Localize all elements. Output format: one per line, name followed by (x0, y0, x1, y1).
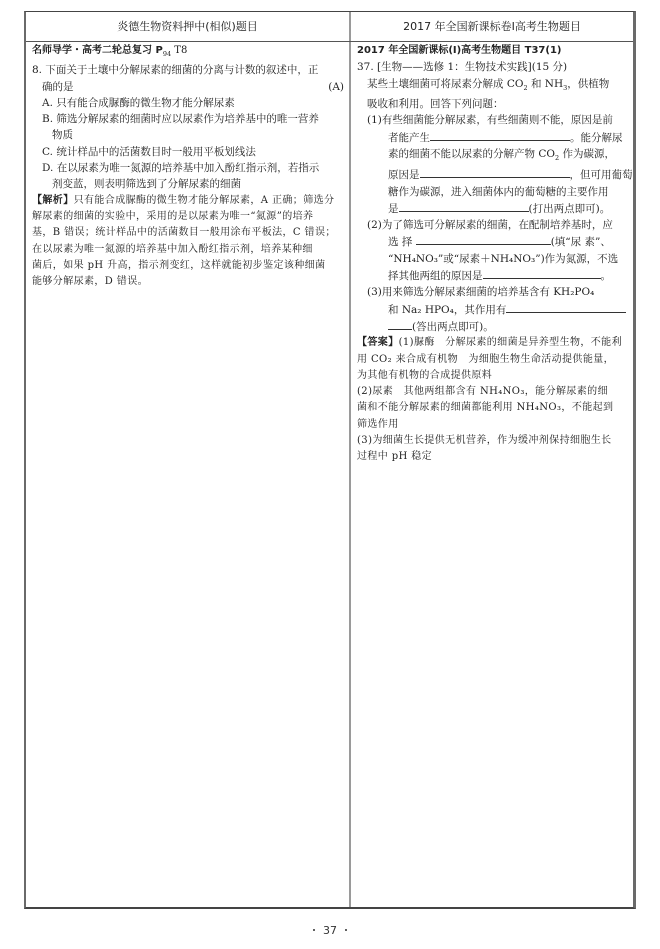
analysis: 【解析】只有能合成脲酶的微生物才能分解尿素，A 正确；筛选分 解尿素的细菌的实验… (32, 193, 344, 291)
part1-line1: (1)有些细菌能分解尿素，有些细菌则不能，原因是前 (357, 112, 633, 128)
table-header: 炎德生物资料押中(相似)题目 2017 年全国新课标卷Ⅰ高考生物题目 (26, 12, 633, 42)
answer-section: 【答案】(1)脲酶 分解尿素的细菌是异养型生物，不能利 用 CO₂ 来合成有机物… (357, 335, 633, 465)
option-b: B. 筛选分解尿素的细菌时应以尿素作为培养基中的唯一营养 (32, 111, 344, 127)
question-stem-line1: 8. 下面关于土壤中分解尿素的细菌的分离与计数的叙述中，正 (32, 62, 344, 78)
part2-line2: 选 择 (填“尿 素”、 (357, 233, 633, 250)
part3-line1: (3)用来筛选分解尿素细菌的培养基含有 KH₂PO₄ (357, 284, 633, 300)
question-title: 37. [生物——选修 1：生物技术实践](15 分) (357, 59, 633, 75)
part3-line3: (答出两点即可)。 (357, 318, 633, 335)
part1-line4: 原因是，但可用葡萄 (357, 166, 633, 183)
answer-blank[interactable] (506, 301, 626, 313)
question-stem-line2: 确的是 (A) (32, 79, 344, 95)
page-number: ・ 37 ・ (0, 922, 660, 938)
answer-blank[interactable] (399, 200, 529, 212)
right-source: 2017 年全国新课标(Ⅰ)高考生物题目 T37(1) (357, 43, 633, 59)
stem-line1: 某些土壤细菌可将尿素分解成 CO2 和 NH3，供植物 (357, 76, 633, 96)
left-column: 名师导学・高考二轮总复习 P94 T8 8. 下面关于土壤中分解尿素的细菌的分离… (32, 43, 344, 290)
part2-line1: (2)为了筛选可分解尿素的细菌，在配制培养基时，应 (357, 217, 633, 233)
question-answer: (A) (328, 79, 344, 95)
left-column-title: 炎德生物资料押中(相似)题目 (26, 12, 349, 41)
option-b-cont: 物质 (32, 127, 344, 143)
answer-blank[interactable] (483, 267, 601, 279)
part1-line5: 糖作为碳源，进入细菌体内的葡萄糖的主要作用 (357, 184, 633, 200)
comparison-table: 炎德生物资料押中(相似)题目 2017 年全国新课标卷Ⅰ高考生物题目 名师导学・… (24, 11, 636, 909)
right-column: 2017 年全国新课标(Ⅰ)高考生物题目 T37(1) 37. [生物——选修 … (357, 43, 633, 466)
part1-line3: 素的细菌不能以尿素的分解产物 CO2 作为碳源， (357, 146, 633, 166)
right-column-title: 2017 年全国新课标卷Ⅰ高考生物题目 (351, 12, 633, 41)
part2-line4: 择其他两组的原因是。 (357, 267, 633, 284)
part1-line2: 者能产生。能分解尿 (357, 129, 633, 146)
part3-line2: 和 Na₂ HPO₄，其作用有 (357, 301, 633, 318)
option-a: A. 只有能合成脲酶的微生物才能分解尿素 (32, 95, 344, 111)
answer-blank[interactable] (388, 318, 412, 330)
stem-line2: 吸收和利用。回答下列问题： (357, 96, 633, 112)
answer-blank[interactable] (416, 233, 551, 245)
answer-blank[interactable] (430, 129, 570, 141)
part1-line6: 是(打出两点即可)。 (357, 200, 633, 217)
option-d: D. 在以尿素为唯一氮源的培养基中加入酚红指示剂，若指示 (32, 160, 344, 176)
analysis-label: 【解析】 (32, 195, 74, 206)
part2-line3: “NH₄NO₃”或“尿素＋NH₄NO₃”)作为氮源，不选 (357, 251, 633, 267)
answer-blank[interactable] (420, 166, 570, 178)
option-c: C. 统计样品中的活菌数目时一般用平板划线法 (32, 144, 344, 160)
option-d-cont: 剂变蓝，则表明筛选到了分解尿素的细菌 (32, 176, 344, 192)
column-divider (349, 12, 351, 907)
answer-label: 【答案】 (357, 337, 399, 348)
left-source: 名师导学・高考二轮总复习 P94 T8 (32, 43, 344, 62)
